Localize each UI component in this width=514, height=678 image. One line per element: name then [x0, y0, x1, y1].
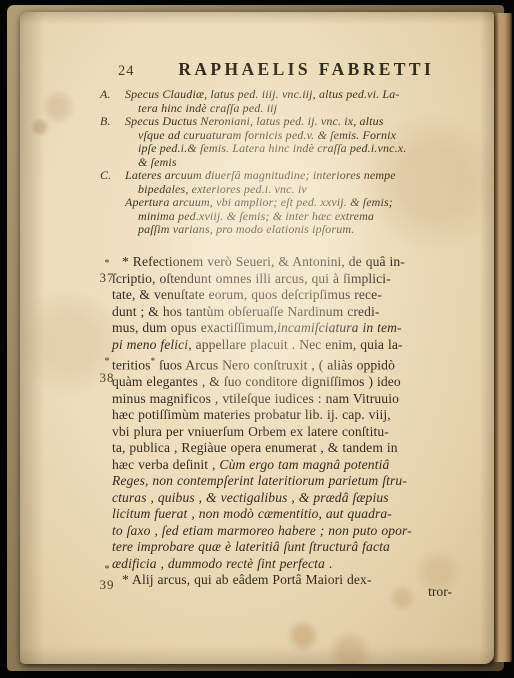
- text-run: hæc potiſſimùm materies probatur lib. ij…: [112, 407, 391, 422]
- text-run: tate, & venuſtate eorum, quos deſcripſim…: [112, 287, 382, 302]
- text-run: Lateres arcuum diuerſâ magnitudine; inte…: [125, 168, 396, 182]
- list-item-body: Apertura arcuum, vbi amplior; eſt ped. x…: [125, 196, 462, 237]
- text-run: Cùm ergo tam magnâ potentiâ: [219, 457, 389, 472]
- text-run: dunt ; & hos tantùm obſeruaſſe Nardinum …: [112, 304, 380, 319]
- text-run: licitum fuerat , non modò cæmentitio, au…: [112, 506, 392, 521]
- margin-note-number: 38: [94, 370, 120, 386]
- text-run: vbi plura per vniuerſum Orbem ex latere …: [112, 424, 389, 439]
- text-run: minima ped.xviij. & ſemis; & inter hæc e…: [138, 209, 374, 223]
- text-line: Specus Claudiæ, latus ped. iiij. vnc.iij…: [125, 88, 462, 102]
- list-item-body: Specus Ductus Neroniani, latus ped. ij. …: [125, 115, 462, 169]
- body-paragraph: * Refectionem verò Seueri, & Antonini, d…: [112, 254, 460, 589]
- text-run: Specus Claudiæ, latus ped. iiij. vnc.iij…: [125, 87, 400, 101]
- list-item-body: Lateres arcuum diuerſâ magnitudine; inte…: [125, 169, 462, 196]
- text-line: hæc potiſſimùm materies probatur lib. ij…: [112, 407, 460, 424]
- text-run: tere improbare quæ è lateritiâ ſunt ſtru…: [112, 539, 390, 554]
- text-run: hæc verba deſinit ,: [112, 457, 219, 472]
- text-line: paſſim varians, pro modo elationis ipſor…: [125, 223, 462, 237]
- text-run: ipſe ped.i.& ſemis. Latera hinc indè cra…: [138, 141, 406, 155]
- text-run: vſque ad curuaturam fornicis ped.v. & ſe…: [138, 128, 396, 142]
- page-number: 24: [118, 63, 135, 80]
- margin-note-number: 37: [94, 270, 120, 286]
- measurement-list: A.Specus Claudiæ, latus ped. iiij. vnc.i…: [100, 88, 462, 237]
- text-run: Reges, non contempſerint lateritiorum pa…: [112, 473, 407, 488]
- running-title: RAPHAELIS FABRETTI: [135, 59, 469, 80]
- list-item-body: Specus Claudiæ, latus ped. iiij. vnc.iij…: [125, 88, 462, 115]
- list-item: A.Specus Claudiæ, latus ped. iiij. vnc.i…: [100, 88, 462, 115]
- list-item-label: A.: [100, 88, 125, 115]
- text-run: tera hinc indè craſſa ped. iij: [138, 101, 277, 115]
- text-run: pi meno felici: [112, 337, 188, 352]
- list-item: B.Specus Ductus Neroniani, latus ped. ij…: [100, 115, 462, 169]
- list-item-label: C.: [100, 169, 125, 196]
- text-line: Specus Ductus Neroniani, latus ped. ij. …: [125, 115, 462, 129]
- text-line: quàm elegantes , & ſuo conditore digniſſ…: [112, 374, 460, 391]
- page-header: 24 RAPHAELIS FABRETTI: [104, 59, 468, 80]
- text-run: paſſim varians, pro modo elationis ipſor…: [138, 222, 354, 236]
- list-item-label: [100, 196, 125, 237]
- text-run: cturas , quibus , & vectigalibus , & præ…: [112, 490, 389, 505]
- text-line: * Refectionem verò Seueri, & Antonini, d…: [112, 254, 460, 271]
- text-run: mus, dum opus exactiſſimum,: [112, 320, 277, 335]
- text-line: Lateres arcuum diuerſâ magnitudine; inte…: [125, 169, 462, 183]
- catchword: tror-: [112, 584, 458, 600]
- text-run: Apertura arcuum, vbi amplior; eſt ped. x…: [125, 195, 393, 209]
- text-line: Reges, non contempſerint lateritiorum pa…: [112, 473, 460, 490]
- text-line: Apertura arcuum, vbi amplior; eſt ped. x…: [125, 196, 462, 210]
- text-line: licitum fuerat , non modò cæmentitio, au…: [112, 506, 460, 523]
- text-run: bipedales, exteriores ped.i. vnc. iv: [138, 182, 307, 196]
- list-item: Apertura arcuum, vbi amplior; eſt ped. x…: [100, 196, 462, 237]
- text-line: tera hinc indè craſſa ped. iij: [125, 102, 462, 116]
- text-line: to ſaxo , ſed etiam marmoreo habere ; no…: [112, 523, 460, 540]
- text-line: ædificia , dummodo rectè ſint perfecta .: [112, 556, 460, 573]
- list-item-label: B.: [100, 115, 125, 169]
- text-line: bipedales, exteriores ped.i. vnc. iv: [125, 183, 462, 197]
- text-run: ædificia , dummodo rectè ſint perfecta: [112, 556, 325, 571]
- text-line: tere improbare quæ è lateritiâ ſunt ſtru…: [112, 539, 460, 556]
- text-run: .: [325, 556, 332, 571]
- text-line: vſque ad curuaturam fornicis ped.v. & ſe…: [125, 129, 462, 143]
- text-run: minus magnificos , vtileſque iudices : n…: [112, 391, 399, 406]
- text-line: ſcriptio, oſtendunt omnes illi arcus, qu…: [112, 271, 460, 288]
- text-line: hæc verba deſinit , Cùm ergo tam magnâ p…: [112, 457, 460, 474]
- text-run: , appellare placuit . Nec enim, quia la-: [188, 337, 402, 352]
- text-run: Specus Ductus Neroniani, latus ped. ij. …: [125, 114, 384, 128]
- book-fore-edge: [492, 13, 512, 662]
- text-line: minus magnificos , vtileſque iudices : n…: [112, 391, 460, 408]
- text-run: incamiſciatura in tem-: [277, 320, 402, 335]
- text-line: minima ped.xviij. & ſemis; & inter hæc e…: [125, 210, 462, 224]
- text-line: ta, publica , Regiàue opera enumerat , &…: [112, 440, 460, 457]
- text-line: tate, & venuſtate eorum, quos deſcripſim…: [112, 287, 460, 304]
- text-line: cturas , quibus , & vectigalibus , & præ…: [112, 490, 460, 507]
- text-line: vbi plura per vniuerſum Orbem ex latere …: [112, 424, 460, 441]
- text-run: ſuos Arcus Nero conſtruxit , ( aliàs opp…: [155, 358, 395, 373]
- text-line: mus, dum opus exactiſſimum,incamiſciatur…: [112, 320, 460, 337]
- book-page: 24 RAPHAELIS FABRETTI A.Specus Claudiæ, …: [20, 12, 494, 664]
- text-run: quàm elegantes , & ſuo conditore digniſſ…: [112, 374, 401, 389]
- text-line: dunt ; & hos tantùm obſeruaſſe Nardinum …: [112, 304, 460, 321]
- list-item: C.Lateres arcuum diuerſâ magnitudine; in…: [100, 169, 462, 196]
- margin-note-mark: *: [94, 564, 120, 575]
- text-run: ſcriptio, oſtendunt omnes illi arcus, qu…: [112, 271, 391, 286]
- text-run: & ſemis: [138, 155, 177, 169]
- text-line: ipſe ped.i.& ſemis. Latera hinc indè cra…: [125, 142, 462, 156]
- text-line: & ſemis: [125, 156, 462, 170]
- text-line: pi meno felici, appellare placuit . Nec …: [112, 337, 460, 354]
- text-line: teritios* ſuos Arcus Nero conſtruxit , (…: [112, 353, 460, 374]
- text-run: * Refectionem verò Seueri, & Antonini, d…: [122, 254, 405, 269]
- margin-note-mark: *: [94, 356, 120, 367]
- text-run: ta, publica , Regiàue opera enumerat , &…: [112, 440, 398, 455]
- margin-note-mark: *: [94, 258, 120, 269]
- book-photo: 24 RAPHAELIS FABRETTI A.Specus Claudiæ, …: [0, 0, 514, 678]
- text-run: to ſaxo , ſed etiam marmoreo habere ; no…: [112, 523, 412, 538]
